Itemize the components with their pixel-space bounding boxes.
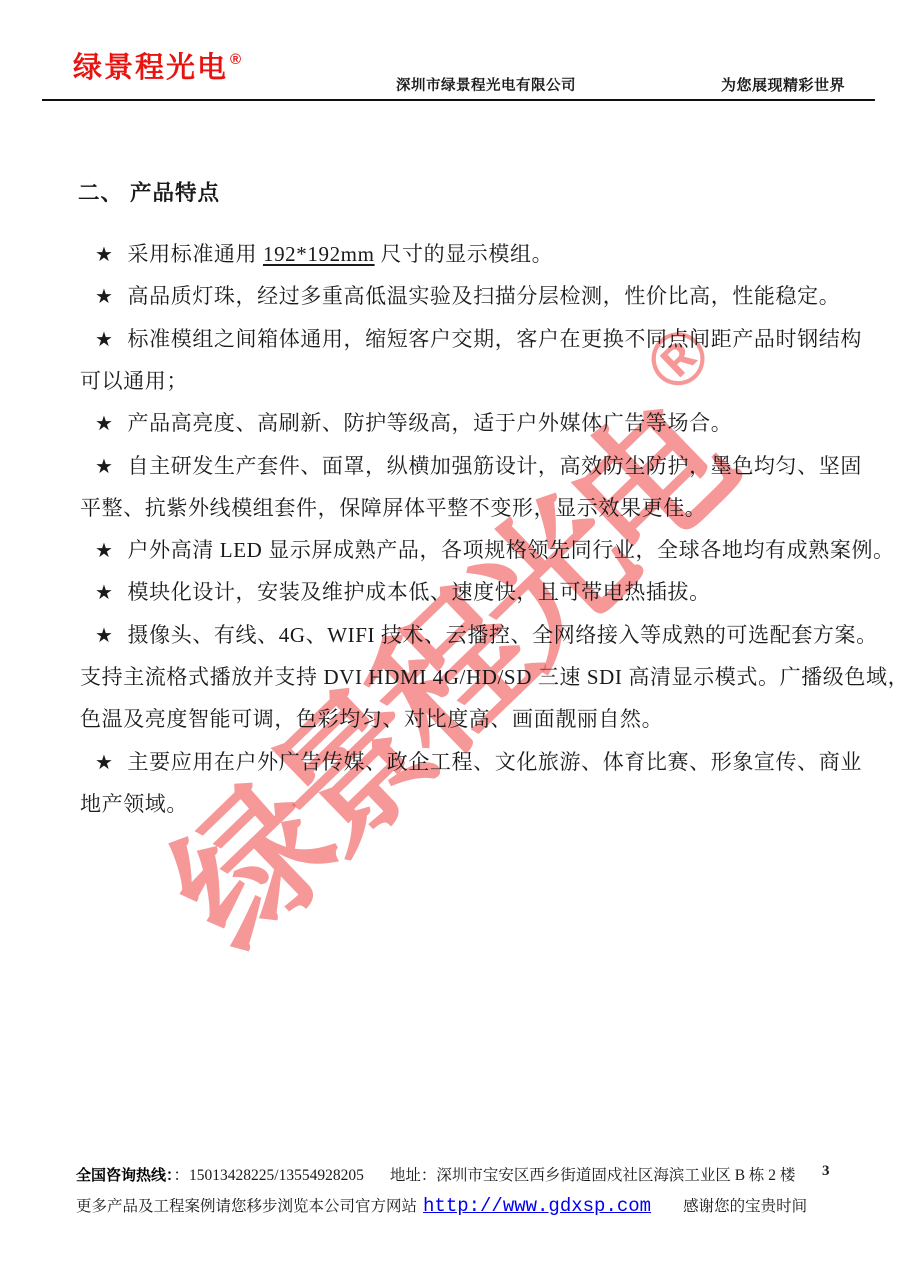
section-title: 二、产品特点 — [78, 176, 220, 207]
feature-line: ★产品高亮度、高刷新、防护等级高，适于户外媒体广告等场合。 — [95, 409, 732, 437]
feature-text: 摄像头、有线、4G、WIFI 技术、云播控、全网络接入等成熟的可选配套方案。 — [128, 623, 878, 647]
feature-line-continuation: 支持主流格式播放并支持 DVI HDMI 4G/HD/SD 三速 SDI 高清显… — [80, 663, 900, 691]
document-page: 绿景程光电 ® 绿景程光电® 深圳市绿景程光电有限公司 为您展现精彩世界 二、产… — [0, 0, 900, 1272]
star-bullet-icon: ★ — [95, 240, 114, 268]
feature-text: 产品高亮度、高刷新、防护等级高，适于户外媒体广告等场合。 — [128, 411, 733, 435]
header-slogan: 为您展现精彩世界 — [721, 74, 845, 95]
star-bullet-icon: ★ — [95, 325, 114, 353]
page-number: 3 — [822, 1163, 830, 1180]
company-address: 地址：深圳市宝安区西乡街道固戍社区海滨工业区 B 栋 2 楼 — [390, 1167, 796, 1184]
feature-line: ★模块化设计，安装及维护成本低、速度快，且可带电热插拔。 — [95, 578, 711, 606]
feature-line-continuation: 地产领域。 — [80, 790, 188, 818]
star-bullet-icon: ★ — [95, 578, 114, 606]
feature-line: ★采用标准通用 192*192mm 尺寸的显示模组。 — [95, 240, 553, 268]
feature-line-continuation: 色温及亮度智能可调，色彩均匀、对比度高、画面靓丽自然。 — [80, 705, 663, 733]
section-title-label: 产品特点 — [130, 181, 220, 205]
feature-line: ★自主研发生产套件、面罩，纵横加强筋设计，高效防尘防护，墨色均匀、坚固 — [95, 452, 862, 480]
feature-line: ★标准模组之间箱体通用，缩短客户交期，客户在更换不同点间距产品时钢结构 — [95, 325, 862, 353]
feature-line: ★户外高清 LED 显示屏成熟产品，各项规格领先同行业，全球各地均有成熟案例。 — [95, 536, 895, 564]
star-bullet-icon: ★ — [95, 282, 114, 310]
header-divider — [42, 99, 875, 101]
hotline-label: 全国咨询热线： — [76, 1167, 174, 1184]
feature-line: ★主要应用在户外广告传媒、政企工程、文化旅游、体育比赛、形象宣传、商业 — [95, 748, 862, 776]
star-bullet-icon: ★ — [95, 452, 114, 480]
feature-line-continuation: 可以通用； — [80, 367, 188, 395]
hotline-numbers: ：15013428225/13554928205 — [174, 1167, 364, 1184]
feature-line-continuation: 平整、抗紫外线模组套件，保障屏体平整不变形，显示效果更佳。 — [80, 494, 706, 522]
feature-text: 平整、抗紫外线模组套件，保障屏体平整不变形，显示效果更佳。 — [80, 496, 706, 520]
header-company-name: 深圳市绿景程光电有限公司 — [396, 74, 576, 95]
feature-text: 地产领域。 — [80, 792, 188, 816]
module-dimension-underlined: 192*192mm — [263, 242, 375, 266]
registered-trademark-icon: ® — [230, 51, 243, 68]
feature-text: 尺寸的显示模组。 — [375, 242, 554, 266]
star-bullet-icon: ★ — [95, 409, 114, 437]
footer-website-line: 更多产品及工程案例请您移步浏览本公司官方网站http://www.gdxsp.c… — [76, 1194, 807, 1217]
feature-text: 支持主流格式播放并支持 DVI HDMI 4G/HD/SD 三速 SDI 高清显… — [80, 665, 900, 689]
star-bullet-icon: ★ — [95, 621, 114, 649]
star-bullet-icon: ★ — [95, 536, 114, 564]
feature-text: 采用标准通用 — [128, 242, 263, 266]
logo-text: 绿景程光电 — [73, 52, 228, 84]
star-bullet-icon: ★ — [95, 748, 114, 776]
feature-text: 模块化设计，安装及维护成本低、速度快，且可带电热插拔。 — [128, 580, 711, 604]
footer-more-text: 更多产品及工程案例请您移步浏览本公司官方网站 — [76, 1198, 417, 1215]
feature-text: 自主研发生产套件、面罩，纵横加强筋设计，高效防尘防护，墨色均匀、坚固 — [128, 454, 862, 478]
feature-text: 户外高清 LED 显示屏成熟产品，各项规格领先同行业，全球各地均有成熟案例。 — [128, 538, 895, 562]
feature-line: ★摄像头、有线、4G、WIFI 技术、云播控、全网络接入等成熟的可选配套方案。 — [95, 621, 878, 649]
feature-line: ★高品质灯珠，经过多重高低温实验及扫描分层检测，性价比高，性能稳定。 — [95, 282, 840, 310]
footer-contact-line: 全国咨询热线：：15013428225/13554928205地址：深圳市宝安区… — [76, 1163, 795, 1185]
website-link[interactable]: http://www.gdxsp.com — [423, 1195, 651, 1217]
company-logo: 绿景程光电® — [73, 45, 243, 86]
footer-thanks-text: 感谢您的宝贵时间 — [683, 1198, 807, 1215]
feature-text: 标准模组之间箱体通用，缩短客户交期，客户在更换不同点间距产品时钢结构 — [128, 327, 862, 351]
feature-text: 高品质灯珠，经过多重高低温实验及扫描分层检测，性价比高，性能稳定。 — [128, 284, 841, 308]
feature-text: 可以通用； — [80, 369, 188, 393]
feature-text: 主要应用在户外广告传媒、政企工程、文化旅游、体育比赛、形象宣传、商业 — [128, 750, 862, 774]
feature-text: 色温及亮度智能可调，色彩均匀、对比度高、画面靓丽自然。 — [80, 707, 663, 731]
section-number: 二、 — [78, 181, 123, 205]
